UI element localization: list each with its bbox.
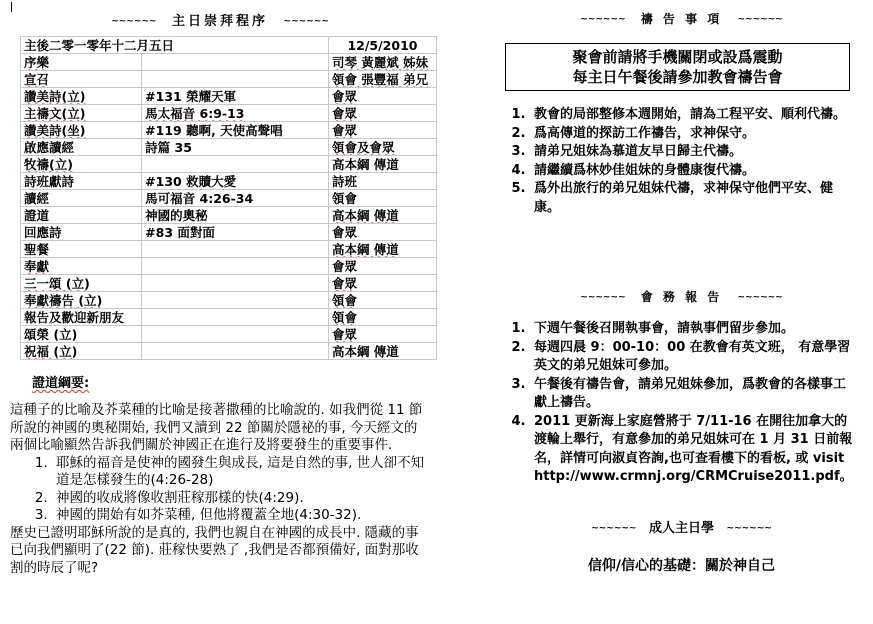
- table-row: 回應詩 #83 面對面 會眾: [21, 224, 437, 241]
- service-item: 讀經: [21, 190, 142, 207]
- service-leader: 會眾: [328, 258, 436, 275]
- service-content: 詩篇 35: [142, 139, 329, 156]
- table-row: 讚美詩(坐) #119 聽啊, 天使高聲唱 會眾: [21, 122, 437, 139]
- business-heading: ~~~~~~ 會 務 報 告 ~~~~~~: [490, 288, 873, 305]
- service-item: 奉獻: [24, 259, 49, 274]
- service-leader: 會眾: [332, 276, 357, 291]
- service-item: 讚美詩(立): [24, 89, 85, 104]
- business-item: 2011 更新海上家庭營將于 7/11-16 在開往加拿大的渡輪上舉行，有意參加…: [530, 413, 853, 487]
- service-item: 三一頌 (立): [24, 276, 90, 291]
- sermon-point: 神國的收成將像收割莊稼那樣的快(4:29).: [52, 490, 430, 508]
- ornament-right-icon: ~~~~~~: [737, 15, 782, 25]
- table-row: 奉獻禱告 (立) 領會: [21, 292, 437, 309]
- prayer-title: 禱 告 事 項: [641, 12, 723, 26]
- service-content: 馬可福音 4:26-34: [142, 190, 329, 207]
- business-item: 每週四晨 9：00-10：00 在教會有英文班， 有意學習英文的弟兄姐妹可參加。: [530, 339, 853, 376]
- service-leader: 高本綱 傳道: [332, 242, 399, 257]
- sunday-school-topic: 信仰/信心的基礎：關於神自己: [490, 555, 873, 575]
- service-content: #83 面對面: [142, 224, 329, 241]
- sermon-outline: 這種子的比喻及芥菜種的比喻是接著撒種的比喻說的. 如我們從 11 節所說的神國的…: [10, 402, 430, 577]
- table-row: 祝福 (立) 高本綱 傳道: [21, 343, 437, 360]
- service-leader: 高本綱 傳道: [332, 208, 399, 223]
- service-item: 報告及歡迎新朋友: [21, 309, 142, 326]
- service-content: #119 聽啊, 天使高聲唱: [142, 122, 329, 139]
- sermon-intro: 這種子的比喻及芥菜種的比喻是接著撒種的比喻說的. 如我們從 11 節所說的神國的…: [10, 402, 430, 455]
- table-row: 聖餐 高本綱 傳道: [21, 241, 437, 258]
- sermon-point: 耶穌的福音是使神的國發生與成長, 這是自然的事, 世人卻不知道是怎樣發生的(4:…: [52, 455, 430, 490]
- service-content: 神國的奧秘: [142, 207, 329, 224]
- service-item: 祝福 (立): [24, 344, 77, 359]
- table-row: 報告及歡迎新朋友 領會: [21, 309, 437, 326]
- table-row: 讀經 馬可福音 4:26-34 領會: [21, 190, 437, 207]
- sermon-conclusion: 歷史已證明耶穌所說的是真的, 我們也親自在神國的成長中. 隱藏的事已向我們顯明了…: [10, 525, 430, 578]
- service-content: [142, 71, 329, 88]
- service-item: 宣召: [24, 72, 49, 87]
- ornament-left-icon: ~~~~~~: [580, 293, 625, 303]
- service-item: 序樂: [24, 55, 49, 70]
- service-leader: 領會: [332, 310, 357, 325]
- prayer-heading: ~~~~~~ 禱 告 事 項 ~~~~~~: [490, 10, 873, 27]
- service-item: 讚美詩(坐): [24, 123, 85, 138]
- service-item: 聖餐: [21, 241, 142, 258]
- sunday-school-heading: ~~~~~~ 成人主日學 ~~~~~~: [490, 517, 873, 536]
- service-content: [142, 343, 329, 360]
- notice-line-2: 每主日午餐後請參加教會禱告會: [506, 67, 849, 87]
- service-leader: 高本綱 傳道: [328, 156, 436, 173]
- date: 12/5/2010: [328, 37, 436, 54]
- notice-box: 聚會前請將手機關閉或設爲震動 每主日午餐後請參加教會禱告會: [505, 43, 850, 91]
- table-row: 序樂 司琴 黃麗斌 姊妹: [21, 54, 437, 71]
- service-leader: 會眾: [332, 327, 357, 342]
- service-item: 奉獻禱告 (立): [24, 293, 102, 308]
- service-leader: 領會及會眾: [332, 140, 395, 155]
- service-leader: 會眾: [332, 106, 357, 121]
- table-row: 三一頌 (立) 會眾: [21, 275, 437, 292]
- table-row: 讚美詩(立) #131 榮耀天軍 會眾: [21, 88, 437, 105]
- sermon-point: 神國的開始有如芥菜種, 但他將覆蓋全地(4:30-32).: [52, 507, 430, 525]
- service-item: 證道: [21, 207, 142, 224]
- service-content: [142, 241, 329, 258]
- service-leader: 詩班: [328, 173, 436, 190]
- ornament-left-icon: ~~~~~~: [580, 15, 625, 25]
- service-content: [142, 156, 329, 173]
- text-cursor: [11, 2, 12, 12]
- service-item: 牧禱(立): [24, 157, 73, 172]
- prayer-item: 請弟兄姐妹為慕道友早日歸主代禱。: [530, 143, 853, 162]
- service-content: 馬太福音 6:9-13: [145, 106, 244, 121]
- service-leader: 領會: [332, 293, 357, 308]
- chinese-date: 主後二零一零年十二月五日: [21, 37, 329, 54]
- service-leader: 會眾: [332, 123, 357, 138]
- service-item: 詩班獻詩: [21, 173, 142, 190]
- table-row: 證道 神國的奧秘 高本綱 傳道: [21, 207, 437, 224]
- prayer-item: 請繼續爲林妙佳姐妹的身體康復代禱。: [530, 162, 853, 181]
- prayer-item: 爲外出旅行的弟兄姐妹代禱，求神保守他們平安、健康。: [530, 180, 853, 217]
- prayer-items: 教會的局部整修本週開始，請為工程平安、順利代禱。 爲高傳道的探訪工作禱告，求神保…: [508, 106, 853, 217]
- business-item: 午餐後有禱告會，請弟兄姐妹參加，爲教會的各樣事工獻上禱告。: [530, 376, 853, 413]
- ornament-right-icon: ~~~~~~: [284, 17, 329, 27]
- service-item: 主禱文(立): [24, 106, 85, 121]
- order-of-service-table: 主後二零一零年十二月五日 12/5/2010 序樂 司琴 黃麗斌 姊妹 宣召 領…: [20, 36, 437, 360]
- ornament-left-icon: ~~~~~~: [111, 17, 156, 27]
- sunday-school-title: 成人主日學: [649, 521, 714, 536]
- service-content: #131 榮耀天軍: [142, 88, 329, 105]
- service-leader: 司琴 黃麗斌 姊妹: [332, 55, 428, 70]
- ornament-right-icon: ~~~~~~: [727, 524, 772, 534]
- service-leader: 領會: [328, 190, 436, 207]
- table-row: 奉獻 會眾: [21, 258, 437, 275]
- ornament-left-icon: ~~~~~~: [591, 524, 636, 534]
- business-title: 會 務 報 告: [641, 290, 723, 304]
- service-content: #130 救贖大愛: [142, 173, 329, 190]
- service-leader: 高本綱 傳道: [328, 343, 436, 360]
- sermon-outline-title: 證道綱要:: [32, 372, 89, 391]
- service-content: [142, 275, 329, 292]
- table-row: 主禱文(立) 馬太福音 6:9-13 會眾: [21, 105, 437, 122]
- sermon-outline-title-text: 證道綱要:: [32, 376, 89, 391]
- service-content: [142, 54, 329, 71]
- service-item: 頌榮 (立): [21, 326, 142, 343]
- worship-title: 主日崇拜程序: [172, 14, 268, 29]
- service-leader: 會眾: [328, 224, 436, 241]
- service-content: [142, 326, 329, 343]
- service-content: [142, 258, 329, 275]
- ornament-right-icon: ~~~~~~: [737, 293, 782, 303]
- service-item: 回應詩: [21, 224, 142, 241]
- table-row: 牧禱(立) 高本綱 傳道: [21, 156, 437, 173]
- sermon-points: 耶穌的福音是使神的國發生與成長, 這是自然的事, 世人卻不知道是怎樣發生的(4:…: [10, 455, 430, 525]
- table-row: 啟應讀經 詩篇 35 領會及會眾: [21, 139, 437, 156]
- business-items: 下週午餐後召開執事會，請執事們留步參加。 每週四晨 9：00-10：00 在教會…: [508, 320, 853, 487]
- table-row: 頌榮 (立) 會眾: [21, 326, 437, 343]
- service-leader: 會眾: [332, 89, 357, 104]
- prayer-item: 教會的局部整修本週開始，請為工程平安、順利代禱。: [530, 106, 853, 125]
- business-item: 下週午餐後召開執事會，請執事們留步參加。: [530, 320, 853, 339]
- table-row: 詩班獻詩 #130 救贖大愛 詩班: [21, 173, 437, 190]
- prayer-item: 爲高傳道的探訪工作禱告，求神保守。: [530, 125, 853, 144]
- table-row: 宣召 領會 張豐福 弟兄: [21, 71, 437, 88]
- worship-heading: ~~~~~~ 主日崇拜程序 ~~~~~~: [80, 10, 360, 29]
- service-content: [142, 292, 329, 309]
- notice-line-1: 聚會前請將手機關閉或設爲震動: [506, 47, 849, 67]
- service-leader: 領會 張豐福 弟兄: [332, 72, 428, 87]
- table-row-date: 主後二零一零年十二月五日 12/5/2010: [21, 37, 437, 54]
- service-content: [142, 309, 329, 326]
- service-item: 啟應讀經: [21, 139, 142, 156]
